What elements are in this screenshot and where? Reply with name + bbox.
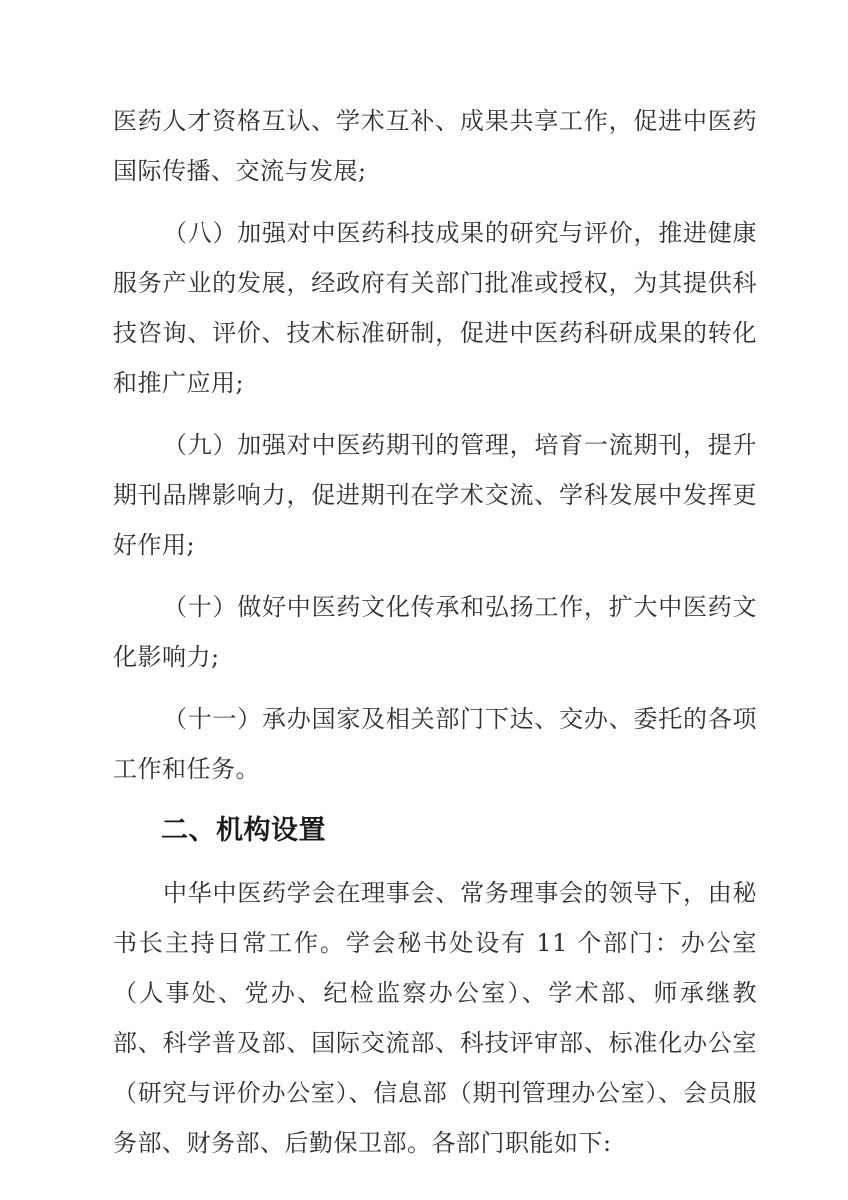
section-heading-organization-setup: 二、机构设置: [113, 806, 757, 856]
paragraph-item-9: （九）加强对中医药期刊的管理，培育一流期刊，提升期刊品牌影响力，促进期刊在学术交…: [113, 420, 757, 570]
document-page: 医药人才资格互认、学术互补、成果共享工作，促进中医药国际传播、交流与发展; （八…: [0, 0, 848, 1200]
paragraph-item-8: （八）加强对中医药科技成果的研究与评价，推进健康服务产业的发展，经政府有关部门批…: [113, 208, 757, 408]
paragraph-item-10: （十）做好中医药文化传承和弘扬工作，扩大中医药文化影响力;: [113, 582, 757, 682]
paragraph-item-11: （十一）承办国家及相关部门下达、交办、委托的各项工作和任务。: [113, 694, 757, 794]
paragraph-organization-departments: 中华中医药学会在理事会、常务理事会的领导下，由秘书长主持日常工作。学会秘书处设有…: [113, 868, 757, 1168]
paragraph-continuation: 医药人才资格互认、学术互补、成果共享工作，促进中医药国际传播、交流与发展;: [113, 96, 757, 196]
document-content: 医药人才资格互认、学术互补、成果共享工作，促进中医药国际传播、交流与发展; （八…: [113, 96, 757, 1168]
